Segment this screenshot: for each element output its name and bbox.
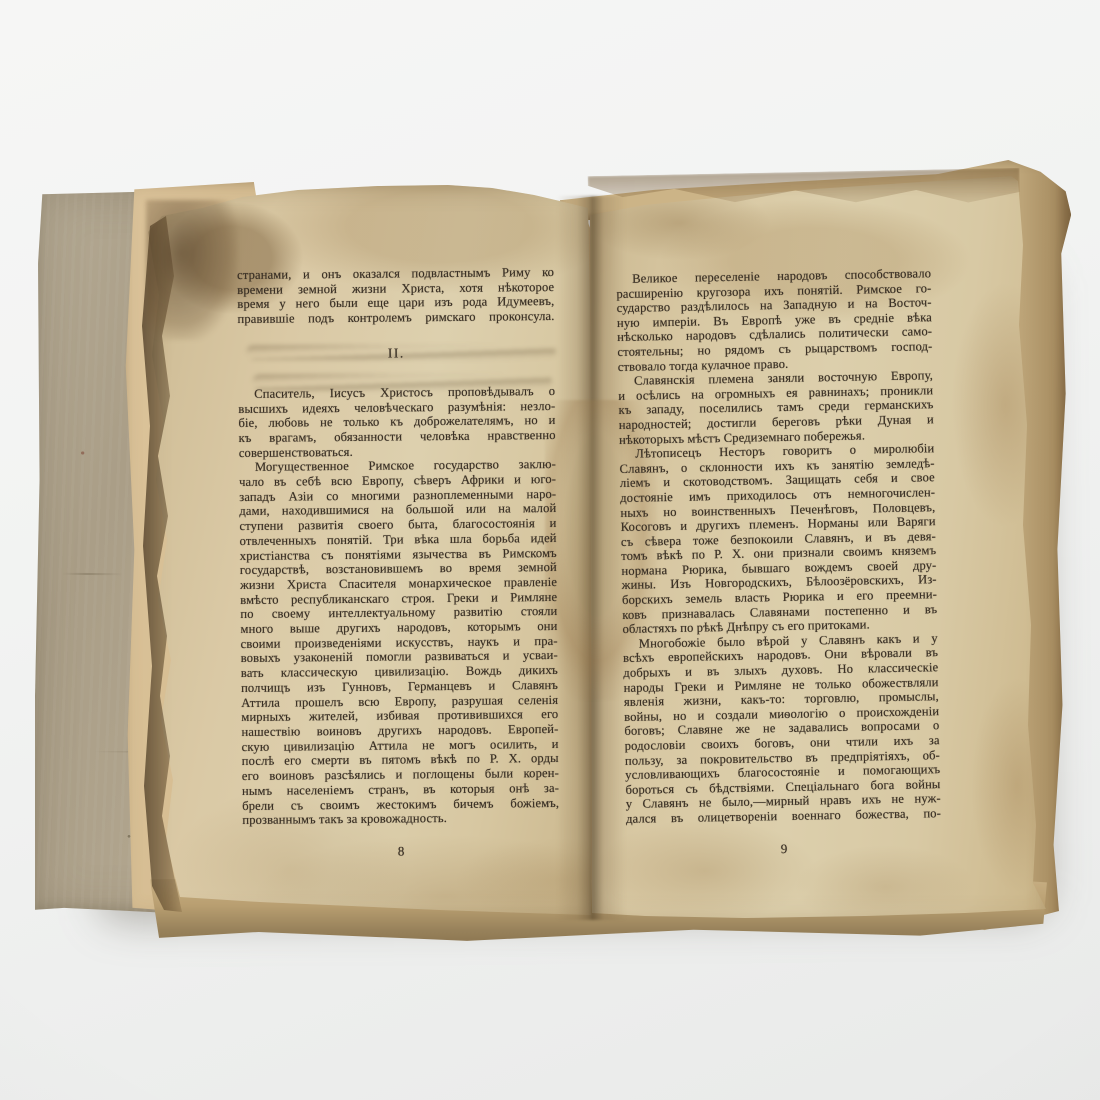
text-line: къ врагамъ, обязанности человѣка нравств… — [239, 428, 556, 446]
left-page-corner-stain — [146, 200, 238, 340]
text-line: правившіе подъ контролемъ римскаго проко… — [237, 309, 554, 327]
text-line: прозваннымъ такъ за кровожадность. — [242, 810, 559, 828]
photo-backdrop: странами, и онъ оказался подвластнымъ Ри… — [0, 0, 1100, 1100]
right-page-blocks: Великое переселеніе народовъ способствов… — [616, 266, 941, 826]
left-page-text: странами, и онъ оказался подвластнымъ Ри… — [237, 265, 560, 860]
right-page-text: Великое переселеніе народовъ способствов… — [616, 266, 942, 858]
section-heading: II. — [238, 344, 555, 363]
page-number-left: 8 — [243, 842, 560, 860]
left-page-blocks: странами, и онъ оказался подвластнымъ Ри… — [237, 265, 559, 828]
